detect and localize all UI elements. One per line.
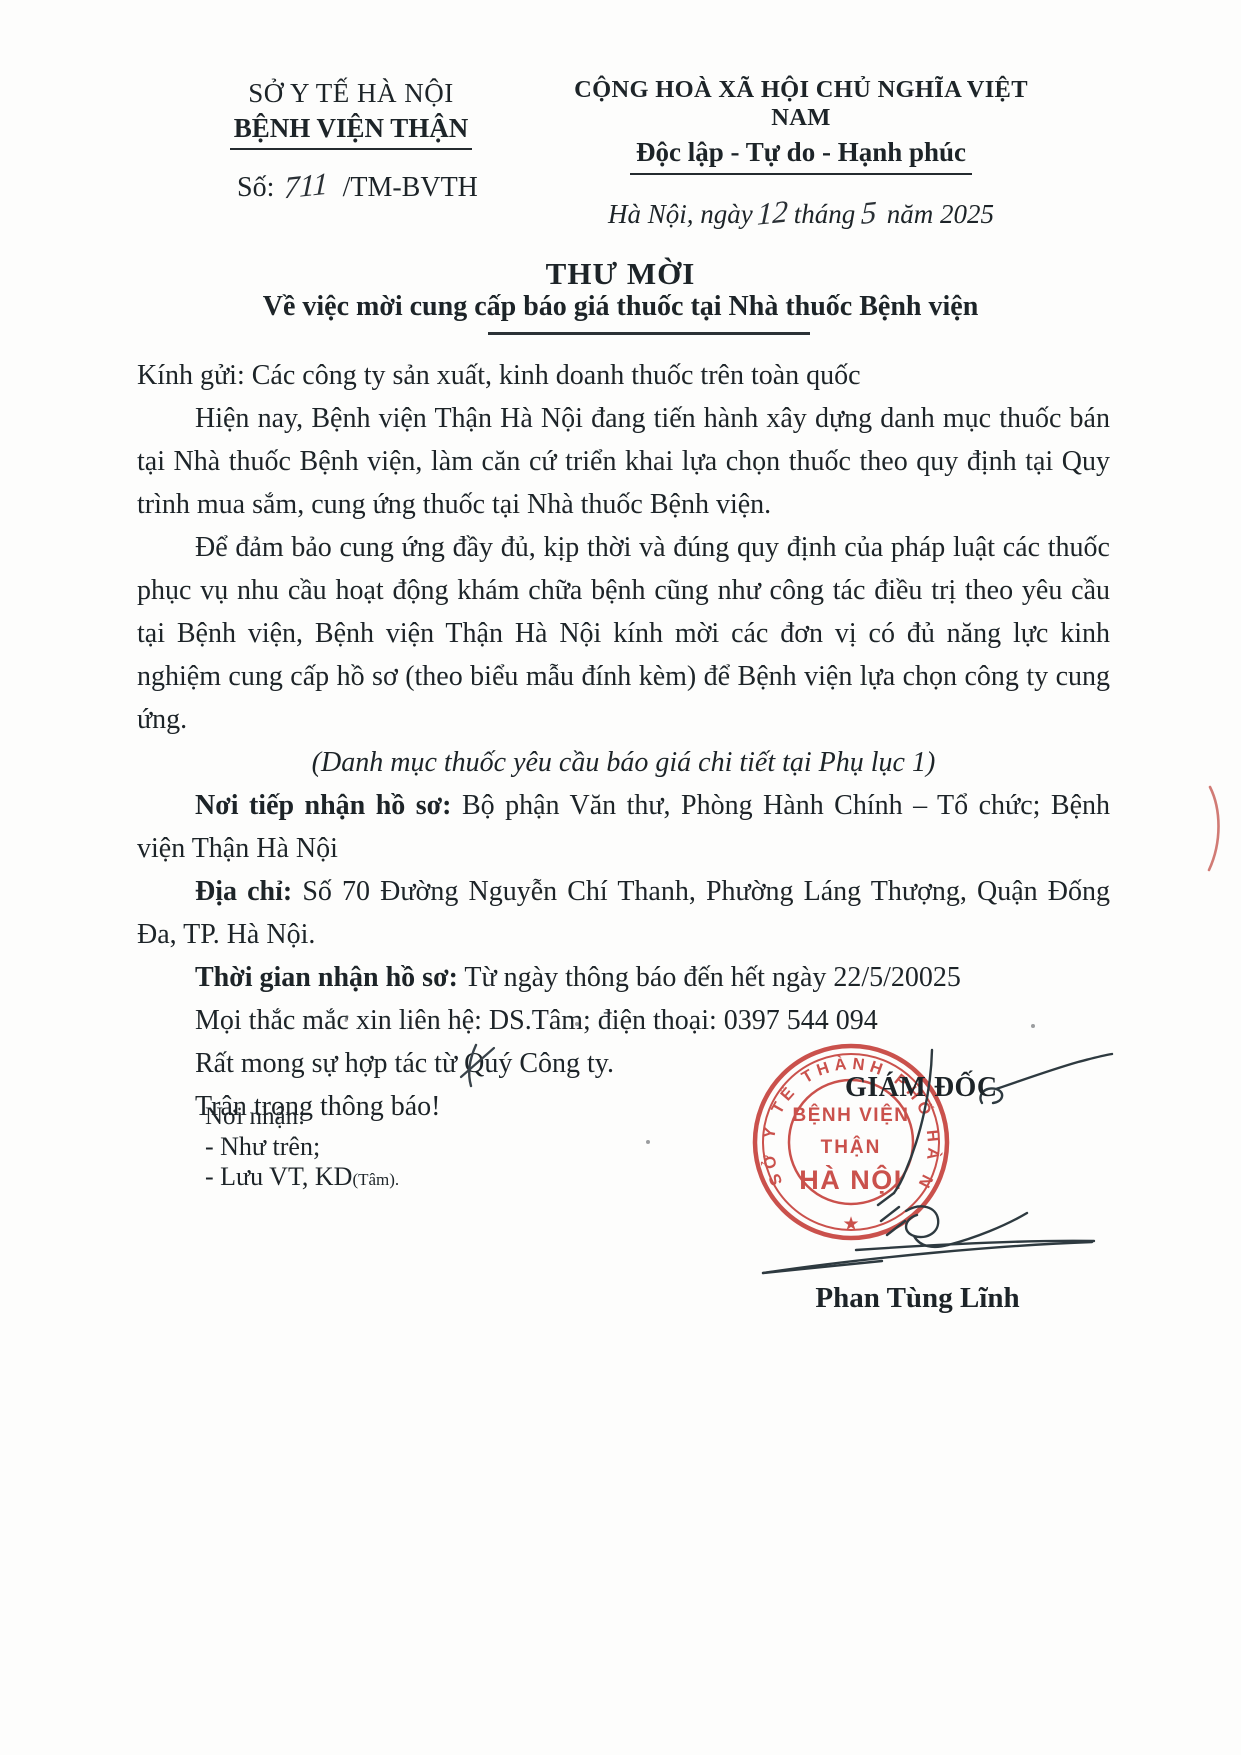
scan-speck (575, 1022, 579, 1026)
reference-number-line: Số:711/TM-BVTH (237, 168, 478, 204)
ref-number-handwritten: 711 (284, 166, 329, 207)
detail-line-address: Địa chỉ: Số 70 Đường Nguyễn Chí Thanh, P… (137, 870, 1110, 956)
detail-label: Nơi tiếp nhận hồ sơ: (195, 790, 451, 821)
date-month-handwritten: 5 (861, 194, 878, 232)
national-header-block: CỘNG HOÀ XÃ HỘI CHỦ NGHĨA VIỆT NAM Độc l… (556, 76, 1046, 231)
signer-role: GIÁM ĐỐC (845, 1072, 998, 1104)
country-motto-line2: Độc lập - Tự do - Hạnh phúc (556, 137, 1046, 175)
scan-speck (646, 1140, 650, 1144)
scan-speck (1031, 1024, 1035, 1028)
issuer-organization-text: BỆNH VIỆN THẬN (230, 113, 473, 150)
date-line: Hà Nội, ngày12tháng5năm 2025 (556, 195, 1046, 231)
detail-line-deadline: Thời gian nhận hồ sơ: Từ ngày thông báo … (137, 956, 1110, 999)
detail-text: Từ ngày thông báo đến hết ngày 22/5/2002… (458, 962, 961, 993)
signer-name: Phan Tùng Lĩnh (790, 1282, 1045, 1315)
recipient-item-1: - Như trên; (205, 1132, 399, 1162)
document-title: THƯ MỜI (0, 256, 1241, 292)
paragraph-1: Hiện nay, Bệnh viện Thận Hà Nội đang tiế… (137, 397, 1110, 526)
salutation-line: Kính gửi: Các công ty sản xuất, kinh doa… (137, 354, 1110, 397)
issuer-agency: SỞ Y TẾ HÀ NỘI (196, 78, 506, 109)
handwritten-initial-mark (452, 1040, 502, 1092)
recipient-item-2-note: (Tâm). (352, 1170, 399, 1189)
detail-line-reception: Nơi tiếp nhận hồ sơ: Bộ phận Văn thư, Ph… (137, 784, 1110, 870)
detail-label: Thời gian nhận hồ sơ: (195, 962, 458, 993)
scanned-letter-page: SỞ Y TẾ HÀ NỘI BỆNH VIỆN THẬN Số:711/TM-… (0, 0, 1241, 1755)
detail-label: Địa chỉ: (195, 876, 292, 907)
recipients-heading: Nơi nhận: (205, 1102, 399, 1132)
subject-underline (488, 332, 810, 335)
date-month-label: tháng (794, 199, 856, 229)
date-day-handwritten: 12 (756, 193, 788, 233)
issuer-organization: BỆNH VIỆN THẬN (196, 113, 506, 150)
motto-text: Độc lập - Tự do - Hạnh phúc (630, 137, 972, 175)
appendix-note: (Danh mục thuốc yêu cầu báo giá chi tiết… (137, 741, 1110, 784)
issuer-block: SỞ Y TẾ HÀ NỘI BỆNH VIỆN THẬN (196, 78, 506, 150)
country-motto-line1: CỘNG HOÀ XÃ HỘI CHỦ NGHĨA VIỆT NAM (556, 76, 1046, 132)
recipient-item-2: - Lưu VT, KD(Tâm). (205, 1162, 399, 1195)
ref-suffix: /TM-BVTH (343, 172, 478, 203)
recipient-item-2-text: - Lưu VT, KD (205, 1162, 352, 1191)
date-year: năm 2025 (887, 199, 994, 229)
red-pen-arc-mark (1205, 784, 1229, 874)
letter-body: Kính gửi: Các công ty sản xuất, kinh doa… (137, 354, 1110, 1128)
ref-prefix: Số: (237, 172, 274, 203)
recipients-block: Nơi nhận: - Như trên; - Lưu VT, KD(Tâm). (205, 1102, 399, 1195)
document-subject: Về việc mời cung cấp báo giá thuốc tại N… (0, 291, 1241, 323)
paragraph-2: Để đảm bảo cung ứng đầy đủ, kịp thời và … (137, 526, 1110, 741)
date-prefix: Hà Nội, ngày (608, 199, 753, 229)
